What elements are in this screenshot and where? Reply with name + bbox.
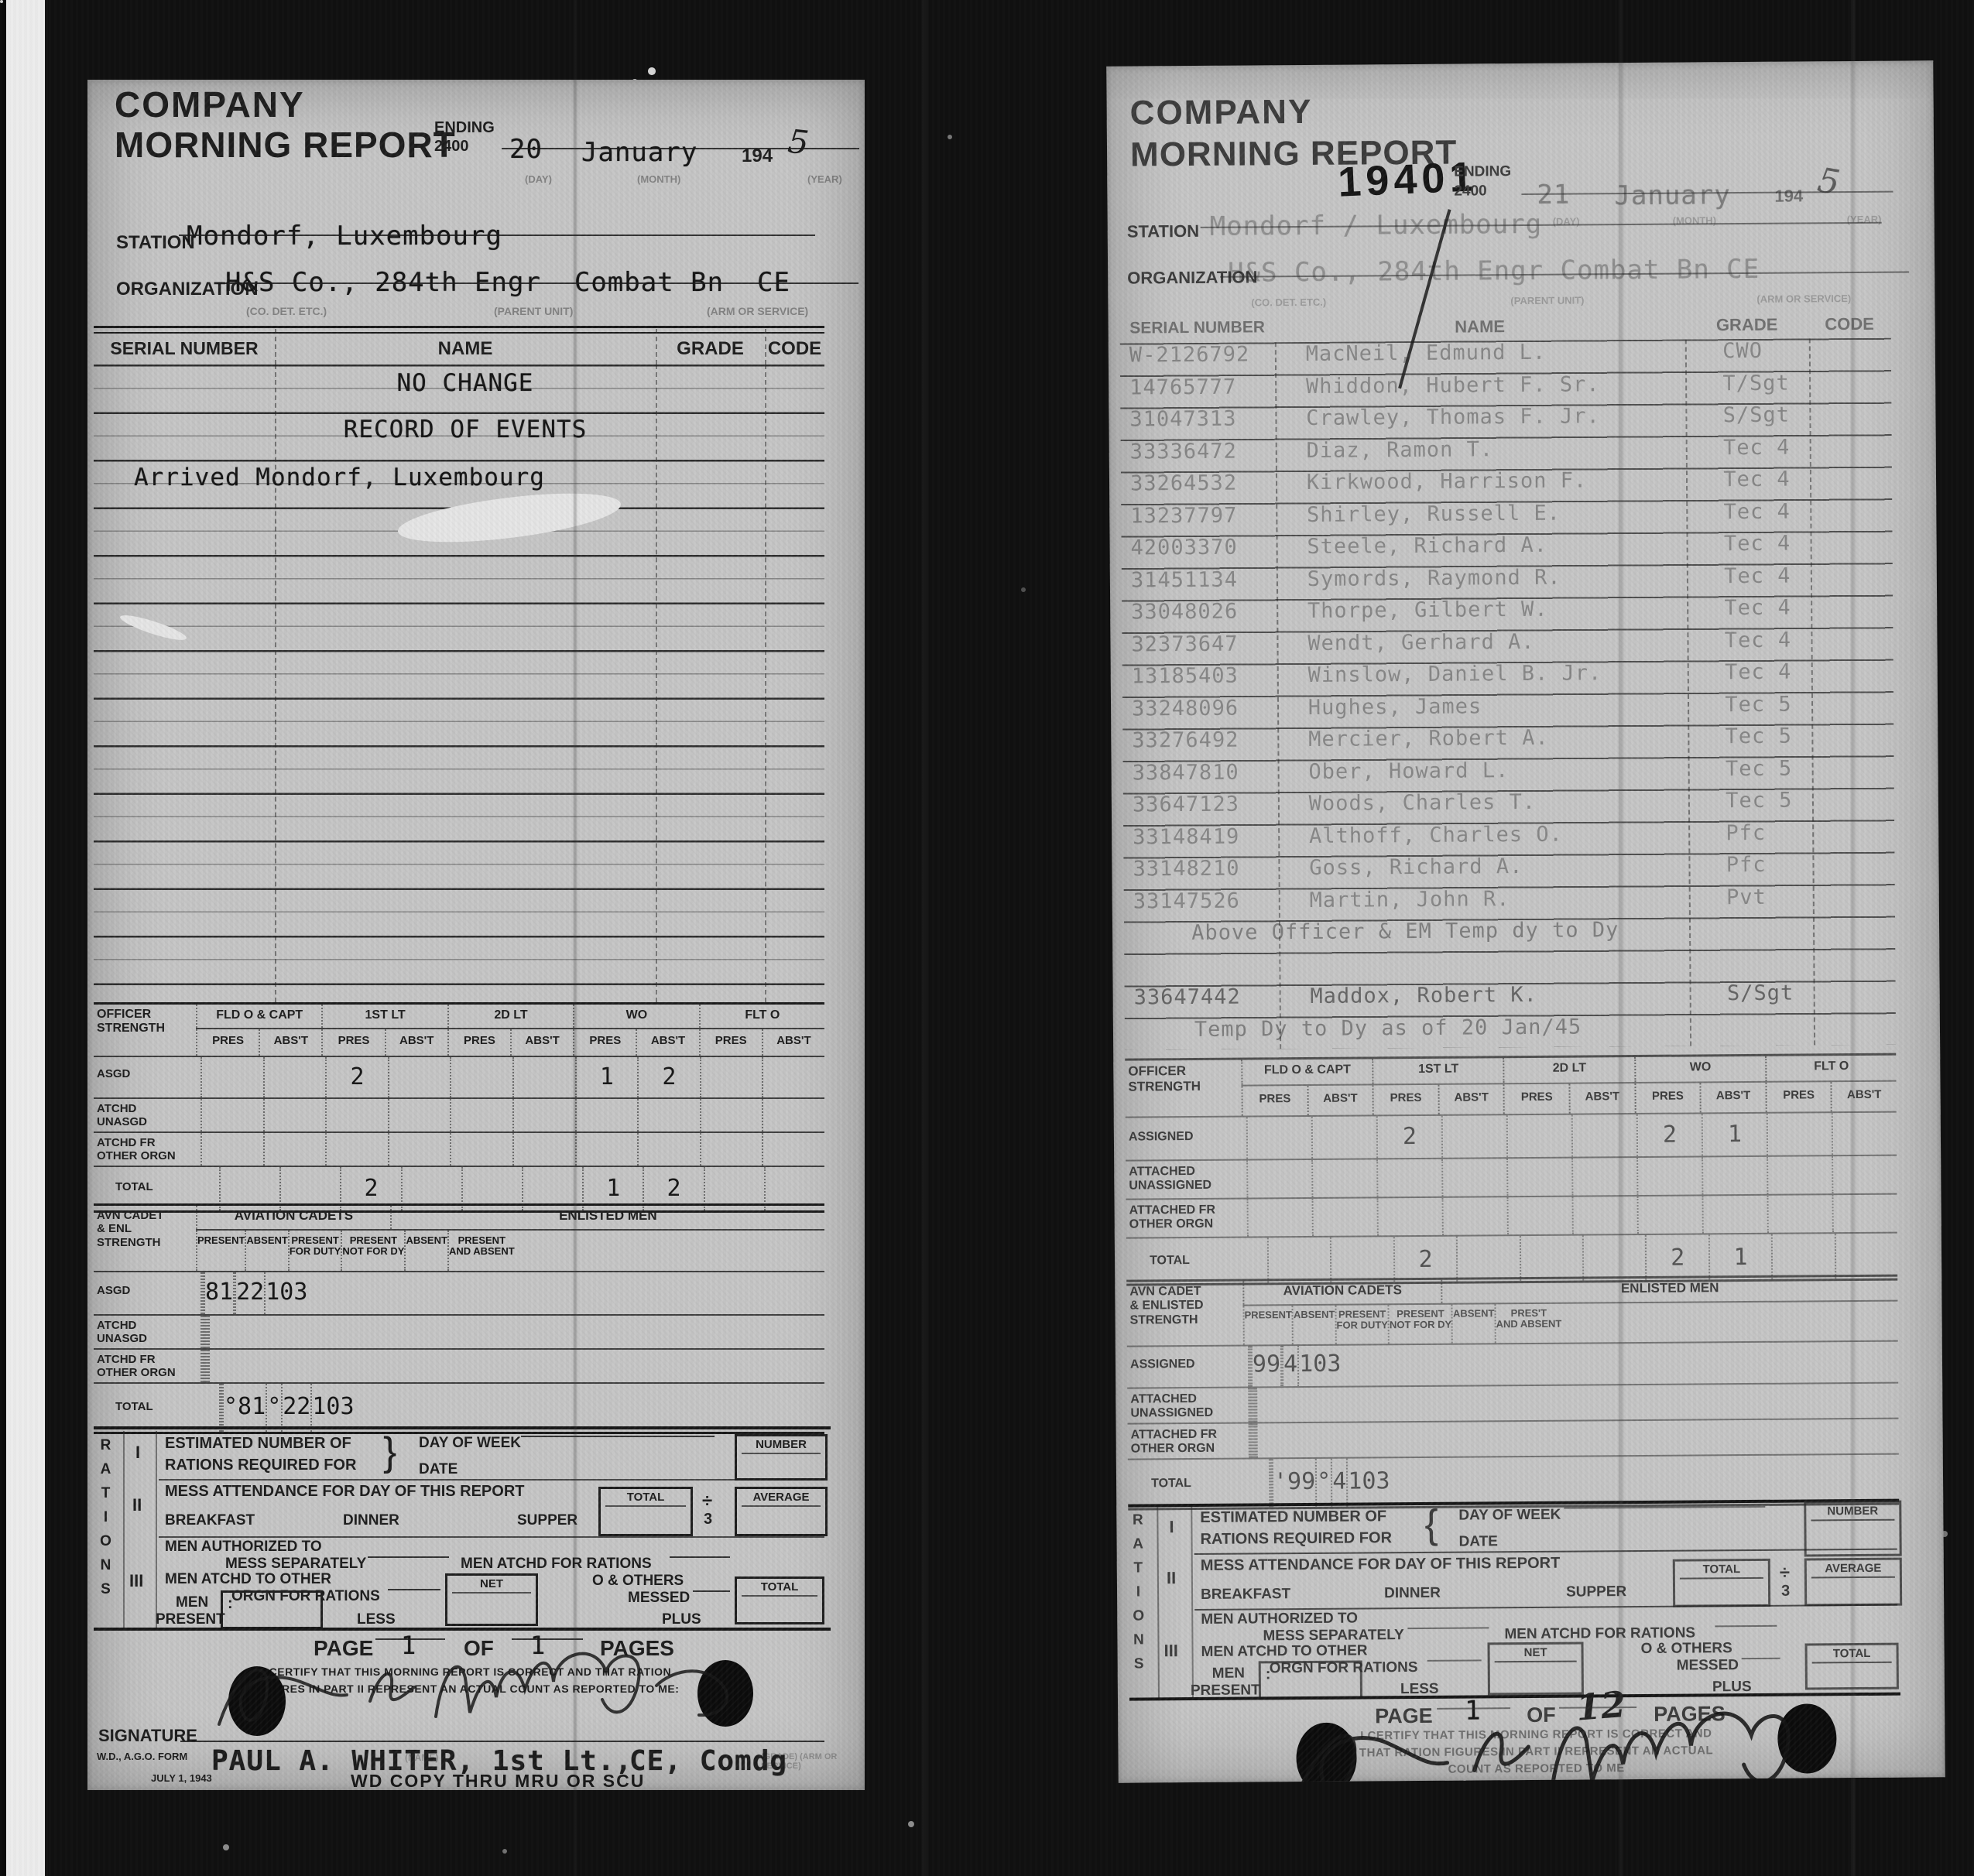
roster-serial: 33148419 [1123,824,1295,850]
enlisted-row-label: ASSIGNED [1127,1347,1248,1388]
roster-grade: S/Sgt [1716,981,1896,1006]
officer-row-label: ATTACHED UNASSIGNED [1126,1161,1246,1199]
roster-ruled-area: W-2126792 MacNeil, Edmund L. CWO 1476577… [1120,338,1896,1050]
roster-name: Martin, John R. [1295,885,1715,912]
parent-unit-sublabel: (PARENT UNIT) [494,306,573,317]
month-sublabel: (MONTH) [637,174,680,185]
enlisted-cell: 99 [1251,1346,1280,1386]
officer-subcol: PRES [699,1029,762,1056]
enlisted-cell: °81 [222,1384,266,1432]
men-label: MEN [1212,1666,1245,1682]
enlisted-row-asgd: ASGD 8122103 [94,1271,824,1314]
station-underline [179,234,815,236]
officer-subcol: ABS'T [1831,1082,1897,1112]
officer-row-asgd: ASGD 212 [94,1056,824,1097]
officer-cell [1702,1196,1767,1234]
officer-cell [388,1099,451,1131]
roster-grade: Tec 4 [1713,531,1893,556]
roster-serial: W-2126792 [1120,342,1292,368]
officer-subcol: PRES [321,1029,384,1056]
enlisted-col-header: PRESENTABSENTPRESENT FOR DUTYPRESENT NOT… [196,1229,824,1271]
men-atchd-rations-line [1715,1625,1777,1628]
roster-name: Wendt, Gerhard A. [1294,628,1714,656]
rations-est-line1: ESTIMATED NUMBER OF [165,1436,351,1452]
roster-grade: CWO [1712,338,1891,364]
enlisted-cell: 103 [1346,1458,1390,1506]
officer-cell [325,1133,388,1166]
officer-subcol: PRES [1634,1083,1700,1113]
ending-2400: 2400 [434,139,469,155]
roster-name: Maddox, Robert K. [1296,981,1716,1008]
rations-vertical-label: RATIONS [1129,1511,1147,1705]
roster-name: Whiddon, Hubert F. Sr. [1292,371,1712,399]
officer-cell [637,1133,700,1166]
roster-grade: Tec 5 [1714,691,1893,717]
officer-strength-table: OFFICER STRENGTH FLD O & CAPT1ST LT2D LT… [94,1002,824,1213]
header-top-rule [94,326,824,334]
roster-row: 33847810 Ober, Howard L. Tec 5 [1123,755,1894,793]
roster-name: Crawley, Thomas F. Jr. [1292,403,1712,430]
officer-cell: 2 [1645,1234,1708,1280]
rations-divider1 [1157,1507,1160,1700]
officer-cell [1582,1235,1646,1281]
number-box-label: NUMBER [1811,1505,1894,1522]
officer-cell [575,1133,638,1166]
enlisted-col: ABSENT [1451,1304,1495,1343]
date-year-printed: 194 [1774,187,1803,204]
enlisted-cell: 103 [310,1384,354,1432]
o-others-label: O & OTHERS [1640,1641,1732,1657]
officer-cell [1376,1198,1441,1236]
officer-cell [388,1133,451,1166]
enlisted-corner-label: AVN CADET & ENL STRENGTH [94,1206,197,1272]
net-box-label: NET [1495,1646,1577,1663]
officer-cell [200,1133,263,1166]
roster-row: 31047313 Crawley, Thomas F. Jr. S/Sgt [1120,402,1891,440]
enlisted-row-label: ATTACHED UNASSIGNED [1127,1388,1248,1423]
station-value: Mondorf, Luxembourg [187,221,502,252]
roster-serial: 33048026 [1122,599,1294,625]
enlisted-row-attached-unassigned: ATTACHED UNASSIGNED [1127,1382,1898,1423]
morning-report-left: COMPANY MORNING REPORT ENDING 2400 20 Ja… [87,80,865,1790]
officer-cell [700,1133,763,1166]
roster-name: Above Officer & EM Temp dy to Dy [1177,918,1602,945]
roster-row: 33264532 Kirkwood, Harrison F. Tec 4 [1121,467,1892,504]
average-box: AVERAGE [735,1487,828,1536]
roster-row: 33276492 Mercier, Robert A. Tec 5 [1122,724,1893,761]
enlisted-col: PRESENT FOR DUTY [288,1231,341,1271]
header-code: CODE [1809,315,1890,334]
officer-cell [1767,1195,1832,1233]
station-label: STATION [1127,222,1199,241]
officer-row-assigned: ASSIGNED 221 [1126,1111,1897,1160]
day-of-week-label: DAY OF WEEK [419,1436,521,1451]
o-others-label: O & OTHERS [592,1573,684,1589]
date-label: DATE [1459,1534,1498,1549]
roster-row [1124,948,1895,985]
date-year-handwritten: 5 [1815,160,1842,203]
officer-cell: 2 [1393,1237,1457,1282]
rations-est-line2: RATIONS REQUIRED FOR [165,1457,356,1474]
rations-numeral-2: II [1167,1569,1176,1587]
supper-label: SUPPER [1566,1584,1626,1600]
officer-subcol: ABS'T [1307,1085,1373,1115]
rations-sep1 [159,1479,824,1481]
enlisted-group-header: AVIATION CADETS ENLISTED MEN [196,1206,824,1229]
wd-copy-stamp: WD COPY THRU MRU OR SCU [351,1772,645,1790]
header-grade: GRADE [656,339,765,358]
officer-cell [1506,1197,1571,1235]
officer-cell [325,1099,388,1131]
date-label: DATE [419,1462,458,1477]
officer-cell [637,1099,700,1131]
events-col-sep1 [275,365,276,1002]
date-day: 20 [509,134,543,165]
officer-row-label: TOTAL [1126,1238,1267,1283]
officer-group: FLD O & CAPT [1241,1059,1372,1084]
day-of-week-line [521,1436,715,1437]
enlisted-col: ABSENT [1292,1306,1335,1344]
roster-serial: 33148210 [1123,856,1295,882]
officer-cell [388,1057,451,1097]
events-ruled-area: NO CHANGE RECORD OF EVENTS Arrived Mondo… [94,365,824,1002]
roster-serial: 33336472 [1121,439,1293,464]
roster-name: Kirkwood, Harrison F. [1293,467,1713,495]
officer-cell: 2 [637,1057,700,1097]
enlisted-col-header: PRESENTABSENTPRESENT FOR DUTYPRESENT NOT… [1242,1300,1897,1345]
officer-cell [575,1099,638,1131]
divide-three: 3 [704,1511,712,1528]
organization-underline [218,282,858,284]
rations-divider1 [123,1431,125,1628]
header-grade: GRADE [1685,315,1809,334]
aviation-cadets-header: AVIATION CADETS [1242,1280,1441,1305]
arm-service-sublabel: (ARM OR SERVICE) [707,306,808,317]
mess-total-box: TOTAL [1673,1559,1770,1607]
enlisted-cell: 22 [281,1384,310,1432]
ending-2400: 2400 [1454,183,1486,199]
officer-group: 2D LT [1503,1057,1634,1083]
messed-line [1742,1658,1780,1659]
name-sublabel: (NAME) [405,1753,438,1763]
roster-grade: Tec 5 [1715,755,1894,781]
average-box-label: AVERAGE [742,1491,821,1507]
officer-cell [450,1057,512,1097]
rations-divider2 [156,1431,157,1628]
men-atchd-other-label: MEN ATCHD TO OTHER [165,1572,331,1587]
handwritten-signature [204,1624,776,1748]
officer-cell [1246,1160,1311,1198]
header-serial: SERIAL NUMBER [1120,319,1275,337]
enlisted-cell: 103 [1297,1346,1342,1386]
officer-cell [1311,1198,1376,1236]
enlisted-cell: 81 [204,1272,233,1314]
ending-label: ENDING [1454,164,1511,180]
dinner-label: DINNER [343,1513,399,1529]
officer-cell [700,1099,763,1131]
rations-total-label: TOTAL [742,1580,817,1597]
enlisted-strength-table: AVN CADET & ENLISTED STRENGTH AVIATION C… [1126,1275,1899,1511]
enlisted-row-total: TOTAL °81°22103 [94,1382,824,1432]
officer-cell: 1 [1708,1234,1772,1280]
officer-corner-label: OFFICER STRENGTH [1125,1060,1243,1118]
roster-serial: 13185403 [1122,663,1294,689]
enlisted-cell: 103 [264,1272,307,1314]
average-box: AVERAGE [1804,1558,1902,1607]
form-title-line1: COMPANY [1130,94,1313,132]
roster-serial: 31451134 [1122,567,1294,593]
mess-total-label: TOTAL [1680,1563,1763,1580]
header-name: NAME [1275,317,1685,337]
enlisted-cell [208,1350,210,1382]
enlisted-cell: 4 [1331,1459,1346,1507]
roster-grade: T/Sgt [1712,370,1891,395]
officer-row-label: ATCHD UNASGD [94,1099,200,1131]
officer-group: 1ST LT [1372,1058,1503,1083]
co-det-sublabel: (CO. DET. ETC.) [1251,297,1326,308]
officer-subcol: PRES [447,1029,510,1056]
roster-name: Steele, Richard A. [1293,532,1713,559]
officer-cell [1376,1159,1441,1197]
morning-report-right: COMPANY MORNING REPORT 19401 ENDING 2400… [1106,60,1945,1782]
roster-serial: 31047313 [1120,406,1292,432]
enlisted-corner-label: AVN CADET & ENLISTED STRENGTH [1126,1282,1245,1347]
roster-name: Winslow, Daniel B. Jr. [1294,660,1714,687]
parent-unit-sublabel: (PARENT UNIT) [1510,295,1584,306]
roster-serial: 14765777 [1120,375,1292,400]
co-det-sublabel: (CO. DET. ETC.) [246,306,327,317]
officer-row-label: ASGD [94,1057,200,1097]
roster-name: Thorpe, Gilbert W. [1294,596,1714,623]
roster-row: 42003370 Steele, Richard A. Tec 4 [1122,531,1893,568]
officer-cell [1246,1199,1311,1237]
officer-cell [1832,1156,1897,1194]
roster-grade: Tec 4 [1714,659,1893,685]
officer-cell [1456,1236,1520,1282]
men-atchd-other-label: MEN ATCHD TO OTHER [1201,1643,1368,1659]
officer-cell [1506,1115,1571,1158]
roster-row: 33148210 Goss, Richard A. Pfc [1123,852,1894,889]
officer-group: 1ST LT [321,1005,447,1028]
roster-serial: 33276492 [1122,727,1294,753]
header-name: NAME [275,339,656,358]
officer-cell: 2 [1376,1116,1441,1159]
officer-corner-label: OFFICER STRENGTH [94,1005,197,1057]
officer-cell [1832,1195,1897,1233]
roster-grade: Tec 5 [1715,788,1894,813]
enlisted-cell: '99 [1272,1459,1316,1507]
officer-subcol: ABS'T [1700,1083,1766,1113]
roster-row: 33147526 Martin, John R. Pvt [1124,884,1895,921]
enlisted-col: ABSENT [245,1231,287,1271]
roster-row: 33148419 Althoff, Charles O. Pfc [1123,820,1894,857]
officer-subcol: PRES [1765,1082,1831,1112]
officer-subcol: ABS'T [762,1029,824,1056]
enlisted-row-atchd-unasgd: ATCHD UNASGD [94,1314,824,1348]
rations-top-rule [94,1426,831,1429]
roster-row: 33647442 Maddox, Robert K. S/Sgt [1125,981,1896,1018]
form-title-line2: MORNING REPORT [115,126,456,163]
enlisted-cell [208,1316,210,1348]
officer-group-header: FLD O & CAPT1ST LT2D LTWOFLT O [1241,1056,1896,1085]
roster-row: Temp Dy to Dy as of 20 Jan/45 [1125,1012,1896,1049]
rations-est-line1: ESTIMATED NUMBER OF [1200,1508,1386,1526]
officer-cell [1311,1116,1376,1159]
dinner-label: DINNER [1384,1586,1441,1601]
officer-row-label: ASSIGNED [1126,1118,1246,1160]
officer-cell [263,1133,326,1166]
roster-name: Althoff, Charles O. [1295,821,1715,848]
men-present-colon: : [1266,1666,1271,1683]
officer-subcol: PRES [1373,1085,1438,1115]
officer-row-attached-unassigned: ATTACHED UNASSIGNED [1126,1155,1897,1199]
event-no-change: NO CHANGE [275,369,656,397]
officer-cell: 2 [1636,1114,1702,1156]
enlisted-row-label: ATCHD UNASGD [94,1316,200,1348]
mess-total-label: TOTAL [605,1491,686,1507]
rations-vertical-label: RATIONS [97,1437,114,1631]
officer-cell [1571,1114,1636,1157]
roster-name: Temp Dy to Dy as of 20 Jan/45 [1181,1015,1601,1042]
divide-three: 3 [1781,1583,1790,1600]
officer-row-atchd-fr: ATCHD FR OTHER ORGN [94,1131,824,1166]
ending-label: ENDING [434,120,495,136]
officer-cell [1636,1196,1702,1234]
enlisted-col: PRESENT [196,1231,245,1271]
officer-cell [1571,1196,1636,1234]
signature-line [180,1741,824,1742]
officer-cell [1834,1234,1897,1279]
roster-grade: S/Sgt [1712,402,1892,428]
enlisted-row-attached-fr: ATTACHED FR OTHER ORGN [1128,1418,1899,1459]
enlisted-group-header: AVIATION CADETS ENLISTED MEN [1242,1277,1897,1305]
officer-subcol: ABS'T [510,1029,573,1056]
enlisted-cell: ° [266,1384,281,1432]
breakfast-label: BREAKFAST [165,1513,255,1529]
officer-cell [700,1057,763,1097]
divide-sign: ÷ [702,1491,712,1511]
officer-cell [512,1099,575,1131]
enlisted-col: PRESENT FOR DUTY [1335,1305,1388,1344]
officer-cell: 1 [1702,1114,1767,1156]
roster-grade: Pfc [1715,852,1895,878]
officer-cell [512,1057,575,1097]
enlisted-cell: ° [1315,1459,1331,1507]
roster-row: W-2126792 MacNeil, Edmund L. CWO [1120,338,1891,375]
enlisted-men-header: ENLISTED MEN [1441,1277,1897,1303]
officer-cell [1267,1238,1331,1283]
scanned-microfilm-frame: COMPANY MORNING REPORT ENDING 2400 20 Ja… [0,0,1974,1876]
roster-grade: Tec 4 [1713,595,1893,621]
net-box: NET [445,1573,538,1626]
rations-total-box: TOTAL [735,1576,824,1624]
breakfast-label: BREAKFAST [1201,1587,1290,1603]
enlisted-cell: 4 [1282,1346,1297,1386]
roster-name: MacNeil, Edmund L. [1292,339,1712,366]
officer-row-label: ATCHD FR OTHER ORGN [94,1133,200,1166]
roster-name: Mercier, Robert A. [1294,724,1715,751]
roster-row: 31451134 Symords, Raymond R. Tec 4 [1122,563,1893,600]
roster-grade: Pvt [1715,884,1895,909]
officer-cell [1441,1115,1506,1158]
roster-serial: 33147526 [1124,888,1296,914]
day-sublabel: (DAY) [525,174,552,185]
events-col-sep3 [765,365,766,1002]
film-dust-specks [0,0,3,3]
officer-group: FLD O & CAPT [196,1005,321,1028]
enlisted-row-label: ATCHD FR OTHER ORGN [94,1350,200,1382]
roster-name: Goss, Richard A. [1295,853,1715,880]
officer-cell [263,1057,326,1097]
event-record-of-events: RECORD OF EVENTS [275,416,656,443]
roster-grade: Tec 4 [1712,498,1892,524]
officer-cell: 2 [325,1057,388,1097]
average-box-label: AVERAGE [1811,1562,1895,1579]
roster-grade: Tec 5 [1715,724,1894,749]
roster-row: 13185403 Winslow, Daniel B. Jr. Tec 4 [1122,659,1893,697]
event-arrived: Arrived Mondorf, Luxembourg [134,464,545,491]
officer-cell [1519,1236,1582,1282]
roster-row: 33248096 Hughes, James Tec 5 [1122,691,1893,728]
rations-total-label: TOTAL [1812,1647,1892,1664]
men-present-colon: : [228,1596,233,1612]
roster-row: 32373647 Wendt, Gerhard A. Tec 4 [1122,627,1893,664]
officer-sub-header: PRESABS'TPRESABS'TPRESABS'TPRESABS'TPRES… [196,1028,824,1056]
messed-label: MESSED [628,1590,690,1606]
handwritten-signature [1273,1671,1862,1783]
enlisted-row-label: TOTAL [1128,1459,1269,1508]
officer-row-label: ATTACHED FR OTHER ORGN [1126,1200,1246,1238]
roster-name: Shirley, Russell E. [1293,500,1713,527]
officer-cell [1571,1158,1636,1196]
officer-cell [762,1133,824,1166]
number-box-label: NUMBER [742,1438,821,1454]
date-month: January [581,137,697,168]
organization-value: H&S Co., 284th Engr Combat Bn CE [1228,254,1760,289]
roster-serial: 32373647 [1122,632,1294,657]
officer-subcol: ABS'T [636,1029,698,1056]
officer-subcol: ABS'T [1568,1083,1634,1114]
men-authorized-label: MEN AUTHORIZED TO [165,1539,322,1555]
date-underline [502,148,859,149]
officer-cell [263,1099,326,1131]
enlisted-row-atchd-fr: ATCHD FR OTHER ORGN [94,1348,824,1382]
roster-row: 14765777 Whiddon, Hubert F. Sr. T/Sgt [1120,370,1891,407]
rations-sep2 [159,1536,824,1538]
officer-cell [1311,1159,1376,1197]
officer-subcol: ABS'T [259,1029,321,1056]
roster-row: 33336472 Diaz, Ramon T. Tec 4 [1121,434,1892,471]
enlisted-row-assigned: ASSIGNED 994103 [1127,1340,1898,1388]
officer-group: FLT O [1765,1056,1896,1081]
roster-serial: 13237797 [1121,503,1293,529]
enlisted-row-label: ATTACHED FR OTHER ORGN [1128,1424,1249,1459]
officer-subcol: PRES [196,1029,259,1056]
enlisted-cell: 22 [235,1272,264,1314]
officer-group: WO [573,1005,698,1028]
events-col-sep2 [656,365,657,1002]
men-atchd-rations-label: MEN ATCHD FOR RATIONS [461,1556,652,1572]
header-code: CODE [765,339,824,358]
officer-row-attached-fr: ATTACHED FR OTHER ORGN [1126,1193,1897,1238]
rations-numeral-3: III [1163,1641,1178,1659]
officer-subcol: PRES [1503,1084,1569,1114]
roster-row: 13237797 Shirley, Russell E. Tec 4 [1121,498,1892,536]
orgn-for-rations-line [1427,1659,1482,1661]
rations-brace: } [383,1431,396,1474]
roster-row: 33647123 Woods, Charles T. Tec 5 [1123,788,1894,825]
enlisted-row-label: TOTAL [94,1384,219,1432]
